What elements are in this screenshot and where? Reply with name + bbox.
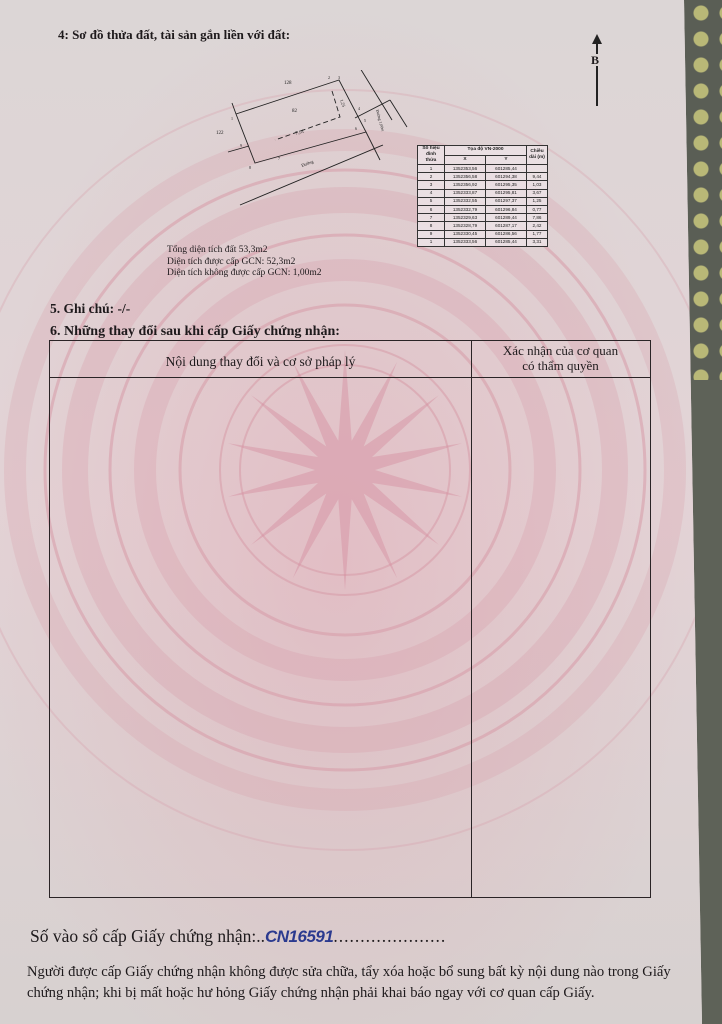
- coordinate-row: 81352328,79601287,172,42: [418, 222, 548, 230]
- parcel-diagram: 128 122 82 7,91 1,25 Đường Đường 1,00m 1…: [200, 70, 420, 230]
- header-length: Chiều dài (m): [527, 146, 548, 165]
- coordinate-row: 51352332,55601297,371,25: [418, 197, 548, 205]
- svg-text:3: 3: [338, 75, 340, 80]
- coordinate-row: 71352329,63601289,447,86: [418, 214, 548, 222]
- legal-notice: Người được cấp Giấy chứng nhận không đượ…: [27, 962, 702, 1004]
- certificate-page: 4: Sơ đồ thửa đất, tài sản gắn liền với …: [0, 0, 702, 1024]
- svg-text:1: 1: [231, 116, 233, 121]
- coordinate-row: 91352330,45601286,561,77: [418, 230, 548, 238]
- road-label: Đường: [301, 159, 315, 168]
- header-point: Số hiệu đỉnh thửa: [418, 146, 445, 165]
- svg-text:9: 9: [240, 143, 242, 148]
- north-arrow: B: [588, 34, 608, 106]
- changes-content-cell: [50, 378, 471, 897]
- svg-text:7: 7: [278, 156, 280, 161]
- section-6-title: 6. Những thay đổi sau khi cấp Giấy chứng…: [50, 324, 340, 340]
- svg-text:8: 8: [249, 165, 251, 170]
- column-header-content: Nội dung thay đổi và cơ sở pháp lý: [50, 354, 471, 370]
- coordinate-row: 11352333,56601285,443,31: [418, 238, 548, 246]
- coordinate-table: Số hiệu đỉnh thửa Tọa độ VN-2000 Chiều d…: [417, 145, 548, 247]
- changes-confirmation-cell: [472, 378, 650, 897]
- coordinate-row: 41352333,87601295,813,67: [418, 189, 548, 197]
- svg-text:4: 4: [358, 106, 360, 111]
- granted-area: Diện tích được cấp GCN: 52,3m2: [167, 257, 322, 269]
- changes-table: Nội dung thay đổi và cơ sở pháp lý Xác n…: [49, 340, 651, 898]
- header-system: Tọa độ VN-2000: [445, 146, 527, 156]
- coordinate-row: 11352353,56601285,44: [418, 165, 548, 173]
- svg-text:2: 2: [328, 75, 330, 80]
- header-y: Y: [486, 155, 527, 165]
- dimension-label: 1,25: [338, 99, 347, 109]
- svg-text:5: 5: [364, 118, 366, 123]
- coordinate-row: 31352356,92601295,351,03: [418, 181, 548, 189]
- not-granted-area: Diện tích không được cấp GCN: 1,00m2: [167, 268, 322, 280]
- coordinate-row: 61352332,79601296,840,77: [418, 205, 548, 213]
- neighbor-top-label: 128: [284, 81, 292, 86]
- section-4-title: 4: Sơ đồ thửa đất, tài sản gắn liền với …: [58, 27, 290, 43]
- section-5-notes: 5. Ghi chú: -/-: [50, 301, 130, 317]
- alley-label: Đường 1,00m: [374, 109, 386, 133]
- column-header-confirmation: Xác nhận của cơ quan có thẩm quyền: [471, 341, 650, 373]
- parcel-number-label: 82: [292, 109, 298, 114]
- coordinate-row: 21352356,58601294,389,44: [418, 173, 548, 181]
- svg-text:6: 6: [355, 126, 357, 131]
- north-label: B: [591, 54, 599, 66]
- registration-label: Số vào sổ cấp Giấy chứng nhận:..: [30, 926, 265, 946]
- dimension-label: 7,91: [295, 129, 305, 137]
- neighbor-left-label: 122: [216, 131, 224, 136]
- registration-number: CN16591: [265, 927, 333, 946]
- header-x: X: [445, 155, 486, 165]
- area-summary: Tổng diện tích đất 53,3m2 Diện tích được…: [167, 245, 322, 280]
- total-area: Tổng diện tích đất 53,3m2: [167, 245, 322, 257]
- registration-line: Số vào sổ cấp Giấy chứng nhận:..CN16591.…: [30, 926, 446, 947]
